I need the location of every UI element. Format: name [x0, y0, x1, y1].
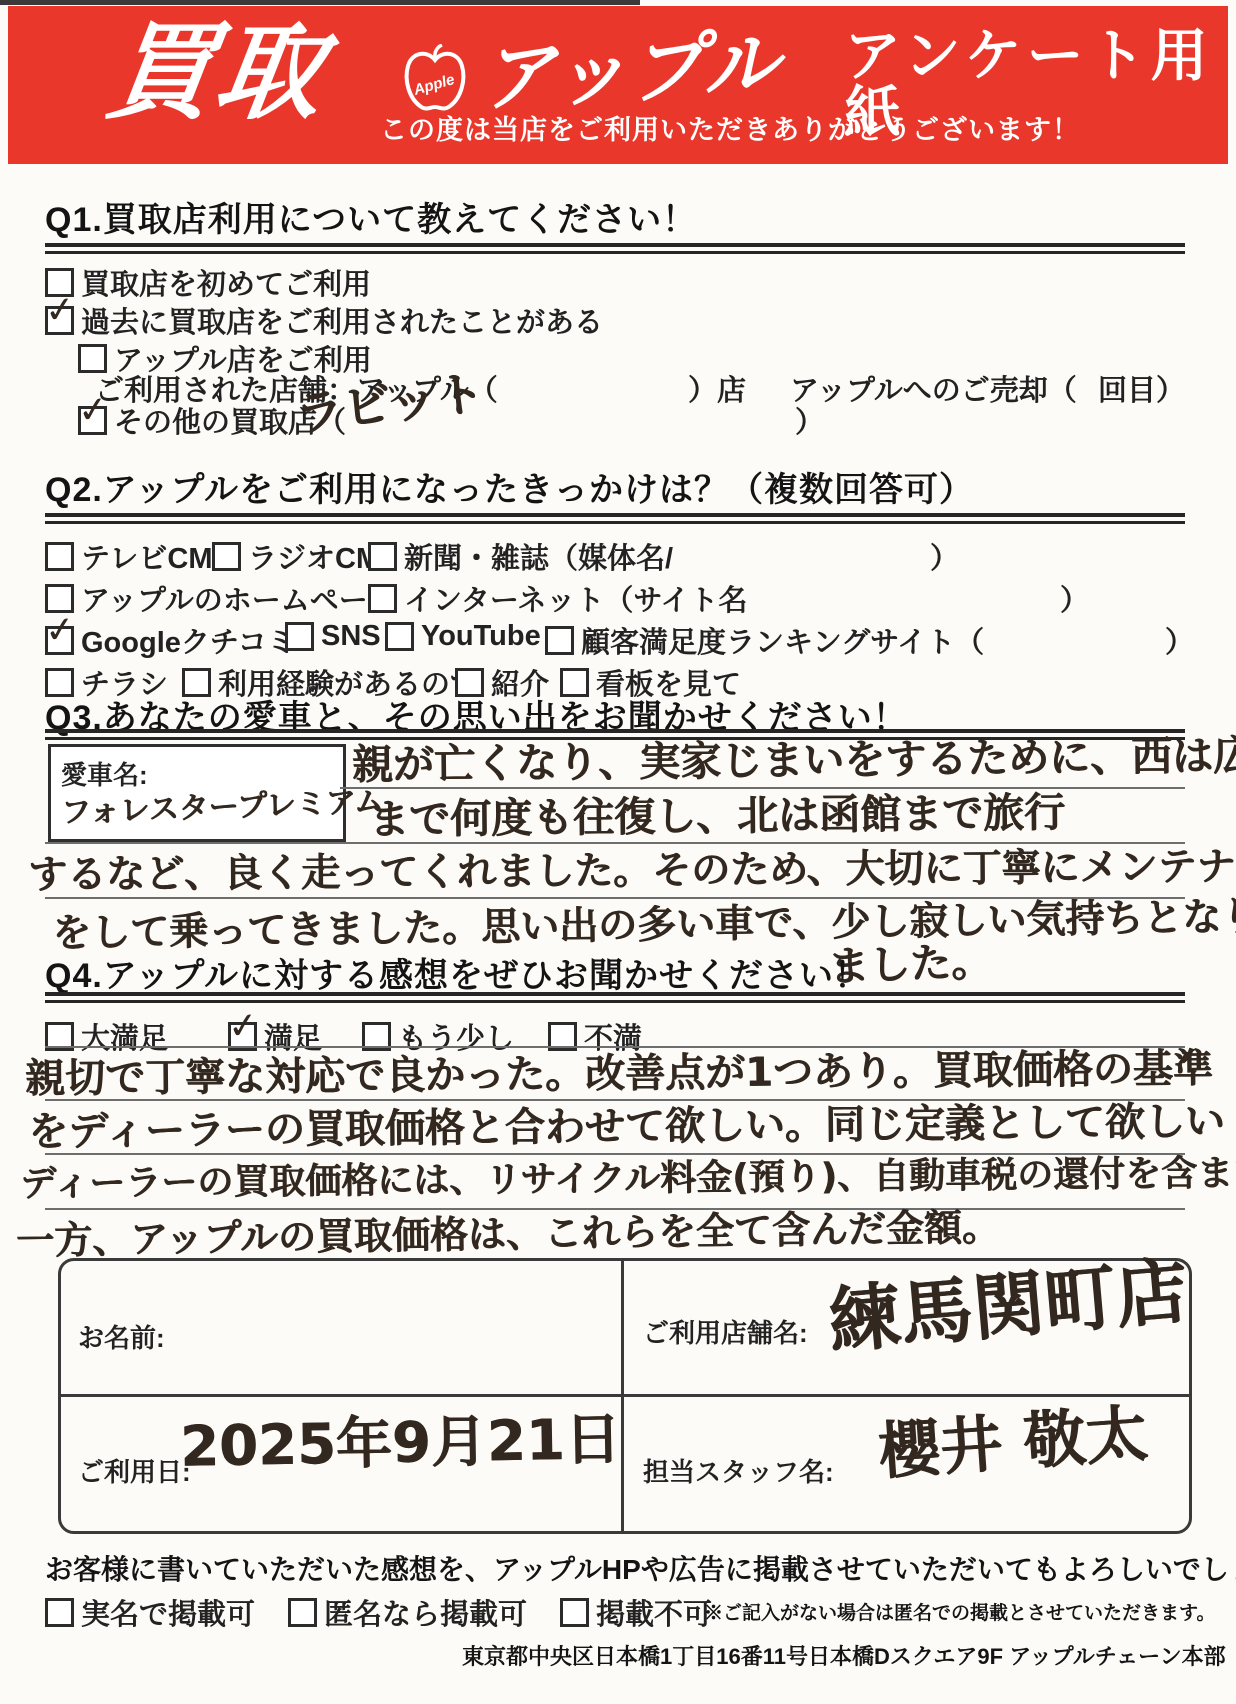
q4-option-very-satisfied: 大満足 — [45, 1016, 168, 1057]
q2-internet-close-paren: ） — [1060, 578, 1089, 619]
q2-option-tv-cm: テレビCM — [45, 536, 213, 577]
q4-option-satisfied: ✓ 満足 — [228, 1016, 322, 1057]
scan-artifact — [0, 0, 640, 5]
q4-option-so-so-label: もう少し — [398, 1016, 514, 1057]
header-subtitle: この度は当店をご利用いただきありがとうございます！ — [380, 108, 1080, 147]
checkbox-newspaper[interactable] — [368, 542, 397, 571]
q2-option-google-review-label: Googleクチコミ — [81, 620, 296, 661]
q2-option-youtube: YouTube — [385, 620, 541, 653]
q4-option-so-so: もう少し — [362, 1016, 514, 1057]
check-mark: ✓ — [76, 392, 110, 431]
q2-option-internet-label: インターネット（サイト名 — [404, 578, 747, 619]
apple-script-logo: アップル — [478, 26, 781, 118]
checkbox-used-before[interactable]: ✓ — [45, 306, 74, 335]
q1-sale-prefix: アップルへのご売却（ — [790, 368, 1077, 409]
q2-option-youtube-label: YouTube — [421, 620, 541, 653]
checkbox-google-review[interactable]: ✓ — [45, 626, 74, 655]
q2-option-newspaper-label: 新聞・雑誌（媒体名/ — [404, 536, 673, 577]
q4-handwritten-line-1: 親切で丁寧な対応で良かった。改善点が1つあり。買取価格の基準 — [25, 1049, 1213, 1099]
q2-option-homepage: アップルのホームページ — [45, 578, 396, 619]
q2-title: Q2.アップルをご利用になったきっかけは？（複数回答可） — [45, 462, 974, 511]
visit-date-label: ご利用日: — [78, 1452, 191, 1489]
q2-option-tv-cm-label: テレビCM — [81, 536, 213, 577]
q2-newspaper-close-paren: ） — [930, 536, 959, 577]
q4-title: Q4.アップルに対する感想をぜひお聞かせください！ — [45, 948, 869, 997]
q3-handwritten-line-1: 親が亡くなり、実家じまいをするために、西は広島 — [352, 735, 1236, 786]
q1-title-rule — [45, 243, 1185, 254]
q2-title-rule — [45, 513, 1185, 524]
q4-handwritten-line-4: 一方、アップルの買取価格は、これらを全て含んだ金額。 — [16, 1208, 1000, 1260]
q2-option-radio-cm: ラジオCM — [212, 536, 380, 577]
footer-option-anonymous-label: 匿名なら掲載可 — [324, 1592, 527, 1633]
table-row-divider — [61, 1394, 1189, 1397]
car-name-label: 愛車名: — [61, 755, 148, 792]
car-name-handwritten-value: フォレスタープレミアム — [61, 787, 385, 828]
publication-consent-question: お客様に書いていただいた感想を、アップルHPや広告に掲載させていただいてもよろし… — [45, 1548, 1236, 1588]
staff-name-handwritten-value: 櫻井 敬太 — [876, 1403, 1149, 1484]
q3-writing-line — [45, 842, 1185, 844]
car-name-box[interactable]: 愛車名: フォレスタープレミアム — [48, 744, 346, 842]
name-label: お名前: — [78, 1318, 165, 1355]
q2-option-sns-label: SNS — [321, 620, 381, 653]
q2-ranking-close-paren: ） — [1165, 620, 1194, 661]
footer-option-real-name-label: 実名で掲載可 — [81, 1592, 255, 1633]
footer-option-anonymous: 匿名なら掲載可 — [288, 1592, 527, 1633]
footer-note: ※ご記入がない場合は匿名での掲載とさせていただきます。 — [704, 1598, 1215, 1625]
q2-option-radio-cm-label: ラジオCM — [248, 536, 380, 577]
q1-option-used-before: ✓ 過去に買取店をご利用されたことがある — [45, 300, 603, 341]
check-mark: ✓ — [226, 1008, 260, 1047]
checkbox-real-name-ok[interactable] — [45, 1598, 74, 1627]
q2-option-internet: インターネット（サイト名 — [368, 578, 747, 619]
q2-option-ranking-site-label: 顧客満足度ランキングサイト（ — [581, 620, 984, 661]
checkbox-no-publish[interactable] — [560, 1598, 589, 1627]
apple-icon-label: Apple — [411, 71, 457, 99]
company-address: 東京都中央区日本橋1丁目16番11号日本橋Dスクエア9F アップルチェーン本部 — [462, 1640, 1226, 1671]
q2-option-homepage-label: アップルのホームページ — [81, 578, 396, 619]
header-banner: 買取 Apple アップル アンケート用紙 この度は当店をご利用いただきありがと… — [8, 6, 1228, 164]
check-mark: ✓ — [43, 612, 77, 651]
q4-title-rule — [45, 992, 1185, 1003]
q1-option-first-use-label: 買取店を初めてご利用 — [81, 262, 371, 303]
checkbox-tv-cm[interactable] — [45, 542, 74, 571]
checkbox-ranking-site[interactable] — [545, 626, 574, 655]
checkbox-sns[interactable] — [285, 622, 314, 651]
footer-option-no-publish: 掲載不可 — [560, 1592, 712, 1633]
visit-date-handwritten-value: 2025年9月21日 — [180, 1412, 622, 1476]
q3-handwritten-line-4: をして乗ってきました。思い出の多い車で、少し寂しい気持ちとなり — [52, 898, 1236, 954]
checkbox-other-store[interactable]: ✓ — [78, 406, 107, 435]
q1-option-first-use: 買取店を初めてご利用 — [45, 262, 371, 303]
checkbox-youtube[interactable] — [385, 622, 414, 651]
q4-option-very-satisfied-label: 大満足 — [81, 1016, 168, 1057]
q1-option-used-before-label: 過去に買取店をご利用されたことがある — [81, 300, 603, 341]
store-name-label: ご利用店舗名: — [643, 1313, 808, 1350]
q4-option-satisfied-label: 満足 — [264, 1016, 322, 1057]
q4-handwritten-line-3: ディーラーの買取価格には、リサイクル料金(預り)、自動車税の還付を含まない。 — [20, 1155, 1236, 1203]
q1-other-store-suffix: ） — [795, 400, 824, 441]
q1-store-used-suffix: ）店 — [688, 368, 746, 409]
staff-name-label: 担当スタッフ名: — [643, 1452, 834, 1489]
q3-handwritten-line-2: まで何度も往復し、北は函館まで旅行 — [368, 792, 1065, 840]
q2-option-google-review: ✓ Googleクチコミ — [45, 620, 296, 661]
q3-handwritten-line-3: するなど、良く走ってくれました。そのため、大切に丁寧にメンテナンス、洗車 — [28, 846, 1236, 895]
checkbox-internet[interactable] — [368, 584, 397, 613]
q4-handwritten-line-2: をディーラーの買取価格と合わせて欲しい。同じ定義として欲しい — [28, 1102, 1225, 1152]
q2-option-sns: SNS — [285, 620, 381, 653]
q1-sale-suffix: 回目） — [1098, 368, 1185, 409]
survey-sheet: 買取 Apple アップル アンケート用紙 この度は当店をご利用いただきありがと… — [0, 0, 1236, 1704]
checkbox-anonymous-ok[interactable] — [288, 1598, 317, 1627]
q2-option-ranking-site: 顧客満足度ランキングサイト（ — [545, 620, 984, 661]
footer-option-real-name: 実名で掲載可 — [45, 1592, 255, 1633]
checkbox-radio-cm[interactable] — [212, 542, 241, 571]
footer-option-no-publish-label: 掲載不可 — [596, 1592, 712, 1633]
q2-option-newspaper: 新聞・雑誌（媒体名/ — [368, 536, 673, 577]
q1-title: Q1.買取店利用について教えてください！ — [45, 192, 697, 241]
check-mark: ✓ — [43, 292, 77, 331]
kaitori-logo: 買取 — [101, 20, 332, 126]
